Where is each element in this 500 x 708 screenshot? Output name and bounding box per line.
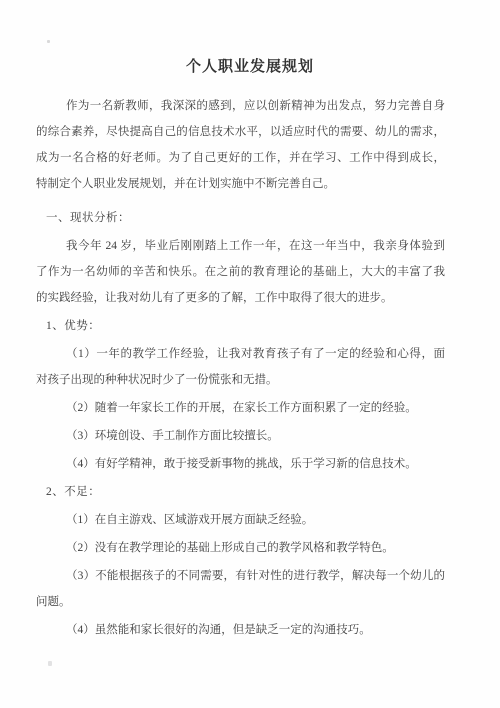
scanned-document-page: 个人职业发展规划 作为一名新教师，我深深的感到，应以创新精神为出发点，努力完善自…: [0, 0, 500, 708]
text-line: 作为一名新教师，我深深的感到，应以创新精神为出发点，努力完善自身: [36, 93, 445, 119]
intro-paragraph: 作为一名新教师，我深深的感到，应以创新精神为出发点，努力完善自身的综合素养，尽快…: [36, 93, 445, 197]
scan-speck-icon: [48, 661, 52, 666]
weakness-item-3: （3）不能根据孩子的不同需要，有针对性的进行教学，解决每一个幼儿的问题。: [36, 563, 445, 615]
weakness-item-2: （2）没有在教学理论的基础上形成自己的教学风格和教学特色。: [36, 535, 445, 561]
text-line: （3）不能根据孩子的不同需要，有针对性的进行教学，解决每一个幼儿的: [36, 563, 445, 589]
text-line: （4）虽然能和家长很好的沟通，但是缺乏一定的沟通技巧。: [36, 617, 445, 643]
text-line: 问题。: [36, 589, 445, 615]
subsection-heading-strengths: 1、优势：: [36, 313, 445, 339]
text-line: 了作为一名幼师的辛苦和快乐。在之前的教育理论的基础上，大大的丰富了我: [36, 259, 445, 285]
weakness-item-4: （4）虽然能和家长很好的沟通，但是缺乏一定的沟通技巧。: [36, 617, 445, 643]
strength-item-3: （3）环境创设、手工制作方面比较擅长。: [36, 423, 445, 449]
strength-item-4: （4）有好学精神，敢于接受新事物的挑战，乐于学习新的信息技术。: [36, 451, 445, 477]
scan-speck-icon: [47, 40, 50, 43]
document-body: 作为一名新教师，我深深的感到，应以创新精神为出发点，努力完善自身的综合素养，尽快…: [36, 93, 445, 643]
strength-item-1: （1）一年的教学工作经验，让我对教育孩子有了一定的经验和心得，面对孩子出现的种种…: [36, 341, 445, 393]
text-line: （4）有好学精神，敢于接受新事物的挑战，乐于学习新的信息技术。: [36, 451, 445, 477]
text-line: 对孩子出现的种种状况时少了一份慌张和无措。: [36, 367, 445, 393]
weakness-item-1: （1）在自主游戏、区域游戏开展方面缺乏经验。: [36, 507, 445, 533]
status-paragraph: 我今年 24 岁，毕业后刚刚踏上工作一年，在这一年当中，我亲身体验到了作为一名幼…: [36, 233, 445, 311]
text-line: 2、不足：: [36, 479, 445, 505]
text-line: 我今年 24 岁，毕业后刚刚踏上工作一年，在这一年当中，我亲身体验到: [36, 233, 445, 259]
text-line: 成为一名合格的好老师。为了自己更好的工作，并在学习、工作中得到成长，: [36, 145, 445, 171]
text-line: 的综合素养，尽快提高自己的信息技术水平，以适应时代的需要、幼儿的需求，: [36, 119, 445, 145]
text-line: （1）一年的教学工作经验，让我对教育孩子有了一定的经验和心得，面: [36, 341, 445, 367]
text-line: 特制定个人职业发展规划，并在计划实施中不断完善自己。: [36, 171, 445, 197]
text-line: 的实践经验，让我对幼儿有了更多的了解，工作中取得了很大的进步。: [36, 285, 445, 311]
text-line: （2）随着一年家长工作的开展，在家长工作方面积累了一定的经验。: [36, 395, 445, 421]
strength-item-2: （2）随着一年家长工作的开展，在家长工作方面积累了一定的经验。: [36, 395, 445, 421]
page-title: 个人职业发展规划: [0, 0, 500, 82]
text-line: （3）环境创设、手工制作方面比较擅长。: [36, 423, 445, 449]
subsection-heading-weaknesses: 2、不足：: [36, 479, 445, 505]
text-line: 一、现状分析：: [36, 205, 445, 231]
text-line: （2）没有在教学理论的基础上形成自己的教学风格和教学特色。: [36, 535, 445, 561]
section-heading-status-analysis: 一、现状分析：: [36, 205, 445, 231]
text-line: 1、优势：: [36, 313, 445, 339]
text-line: （1）在自主游戏、区域游戏开展方面缺乏经验。: [36, 507, 445, 533]
